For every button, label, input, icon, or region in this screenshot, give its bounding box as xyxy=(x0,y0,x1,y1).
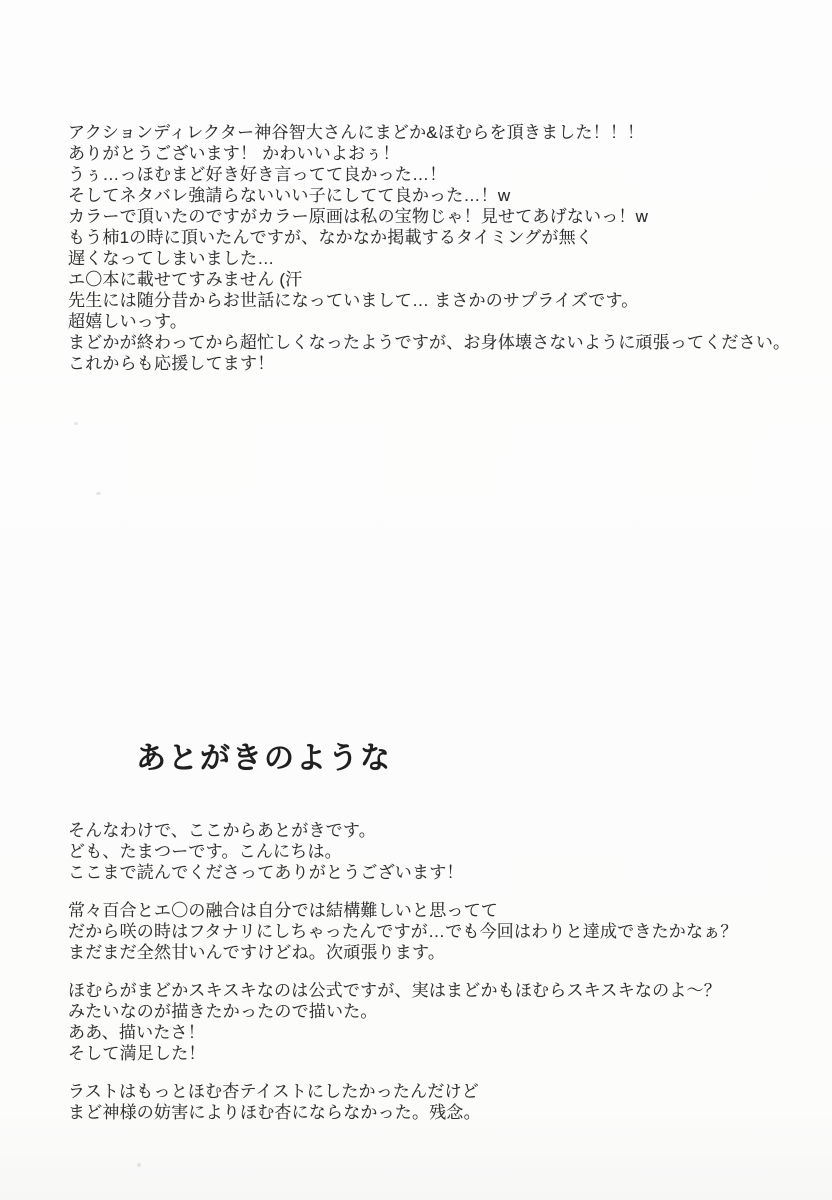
text-line: まだまだ全然甘いんですけどね。次頑張ります。 xyxy=(68,942,738,963)
text-line: そして満足した！ xyxy=(68,1043,738,1064)
text-line: 遅くなってしまいました… xyxy=(68,248,790,269)
scanned-afterword-page: アクションディレクター神谷智大さんにまどか&ほむらを頂きました！！！ ありがとう… xyxy=(0,0,832,1200)
text-line: もう柿1の時に頂いたんですが、なかなか掲載するタイミングが無く xyxy=(68,227,790,248)
text-line: ども、たまつーです。こんにちは。 xyxy=(68,841,738,862)
afterword-paragraph: そんなわけで、ここからあとがきです。 ども、たまつーです。こんにちは。 ここまで… xyxy=(68,820,738,883)
afterword-body: そんなわけで、ここからあとがきです。 ども、たまつーです。こんにちは。 ここまで… xyxy=(68,820,738,1123)
scan-speck xyxy=(74,422,78,425)
text-line: そんなわけで、ここからあとがきです。 xyxy=(68,820,738,841)
text-line: 常々百合とエ〇の融合は自分では結構難しいと思ってて xyxy=(68,900,738,921)
text-line: 超嬉しいっす。 xyxy=(68,311,790,332)
thanks-paragraph: アクションディレクター神谷智大さんにまどか&ほむらを頂きました！！！ ありがとう… xyxy=(68,122,790,374)
text-line: ここまで読んでくださってありがとうございます！ xyxy=(68,862,738,883)
text-line: 先生には随分昔からお世話になっていまして… まさかのサプライズです。 xyxy=(68,290,790,311)
text-line: まどかが終わってから超忙しくなったようですが、お身体壊さないように頑張ってくださ… xyxy=(68,332,790,353)
text-line: うぅ…っほむまど好き好き言ってて良かった…！ xyxy=(68,164,790,185)
text-line: アクションディレクター神谷智大さんにまどか&ほむらを頂きました！！！ xyxy=(68,122,790,143)
text-line: これからも応援してます！ xyxy=(68,353,790,374)
afterword-heading: あとがきのような xyxy=(136,733,392,777)
text-line: みたいなのが描きたかったので描いた。 xyxy=(68,1001,738,1022)
text-line: エ〇本に載せてすみません (汗 xyxy=(68,269,790,290)
scan-speck xyxy=(96,492,101,495)
afterword-paragraph: ほむらがまどかスキスキなのは公式ですが、実はまどかもほむらスキスキなのよ～？ み… xyxy=(68,980,738,1064)
text-line: まど神様の妨害によりほむ杏にならなかった。残念。 xyxy=(68,1102,738,1123)
text-line: だから咲の時はフタナリにしちゃったんですが…でも今回はわりと達成できたかなぁ？ xyxy=(68,921,738,942)
text-line: ああ、描いたさ！ xyxy=(68,1022,738,1043)
text-line: ありがとうございます！ かわいいよおぅ！ xyxy=(68,143,790,164)
text-line: ラストはもっとほむ杏テイストにしたかったんだけど xyxy=(68,1081,738,1102)
text-line: カラーで頂いたのですがカラー原画は私の宝物じゃ！見せてあげないっ！w xyxy=(68,206,790,227)
text-line: そしてネタバレ強請らないいい子にしてて良かった…！w xyxy=(68,185,790,206)
afterword-paragraph: 常々百合とエ〇の融合は自分では結構難しいと思ってて だから咲の時はフタナリにしち… xyxy=(68,900,738,963)
text-line: ほむらがまどかスキスキなのは公式ですが、実はまどかもほむらスキスキなのよ～？ xyxy=(68,980,738,1001)
scan-speck xyxy=(137,1163,141,1167)
afterword-paragraph: ラストはもっとほむ杏テイストにしたかったんだけど まど神様の妨害によりほむ杏にな… xyxy=(68,1081,738,1123)
